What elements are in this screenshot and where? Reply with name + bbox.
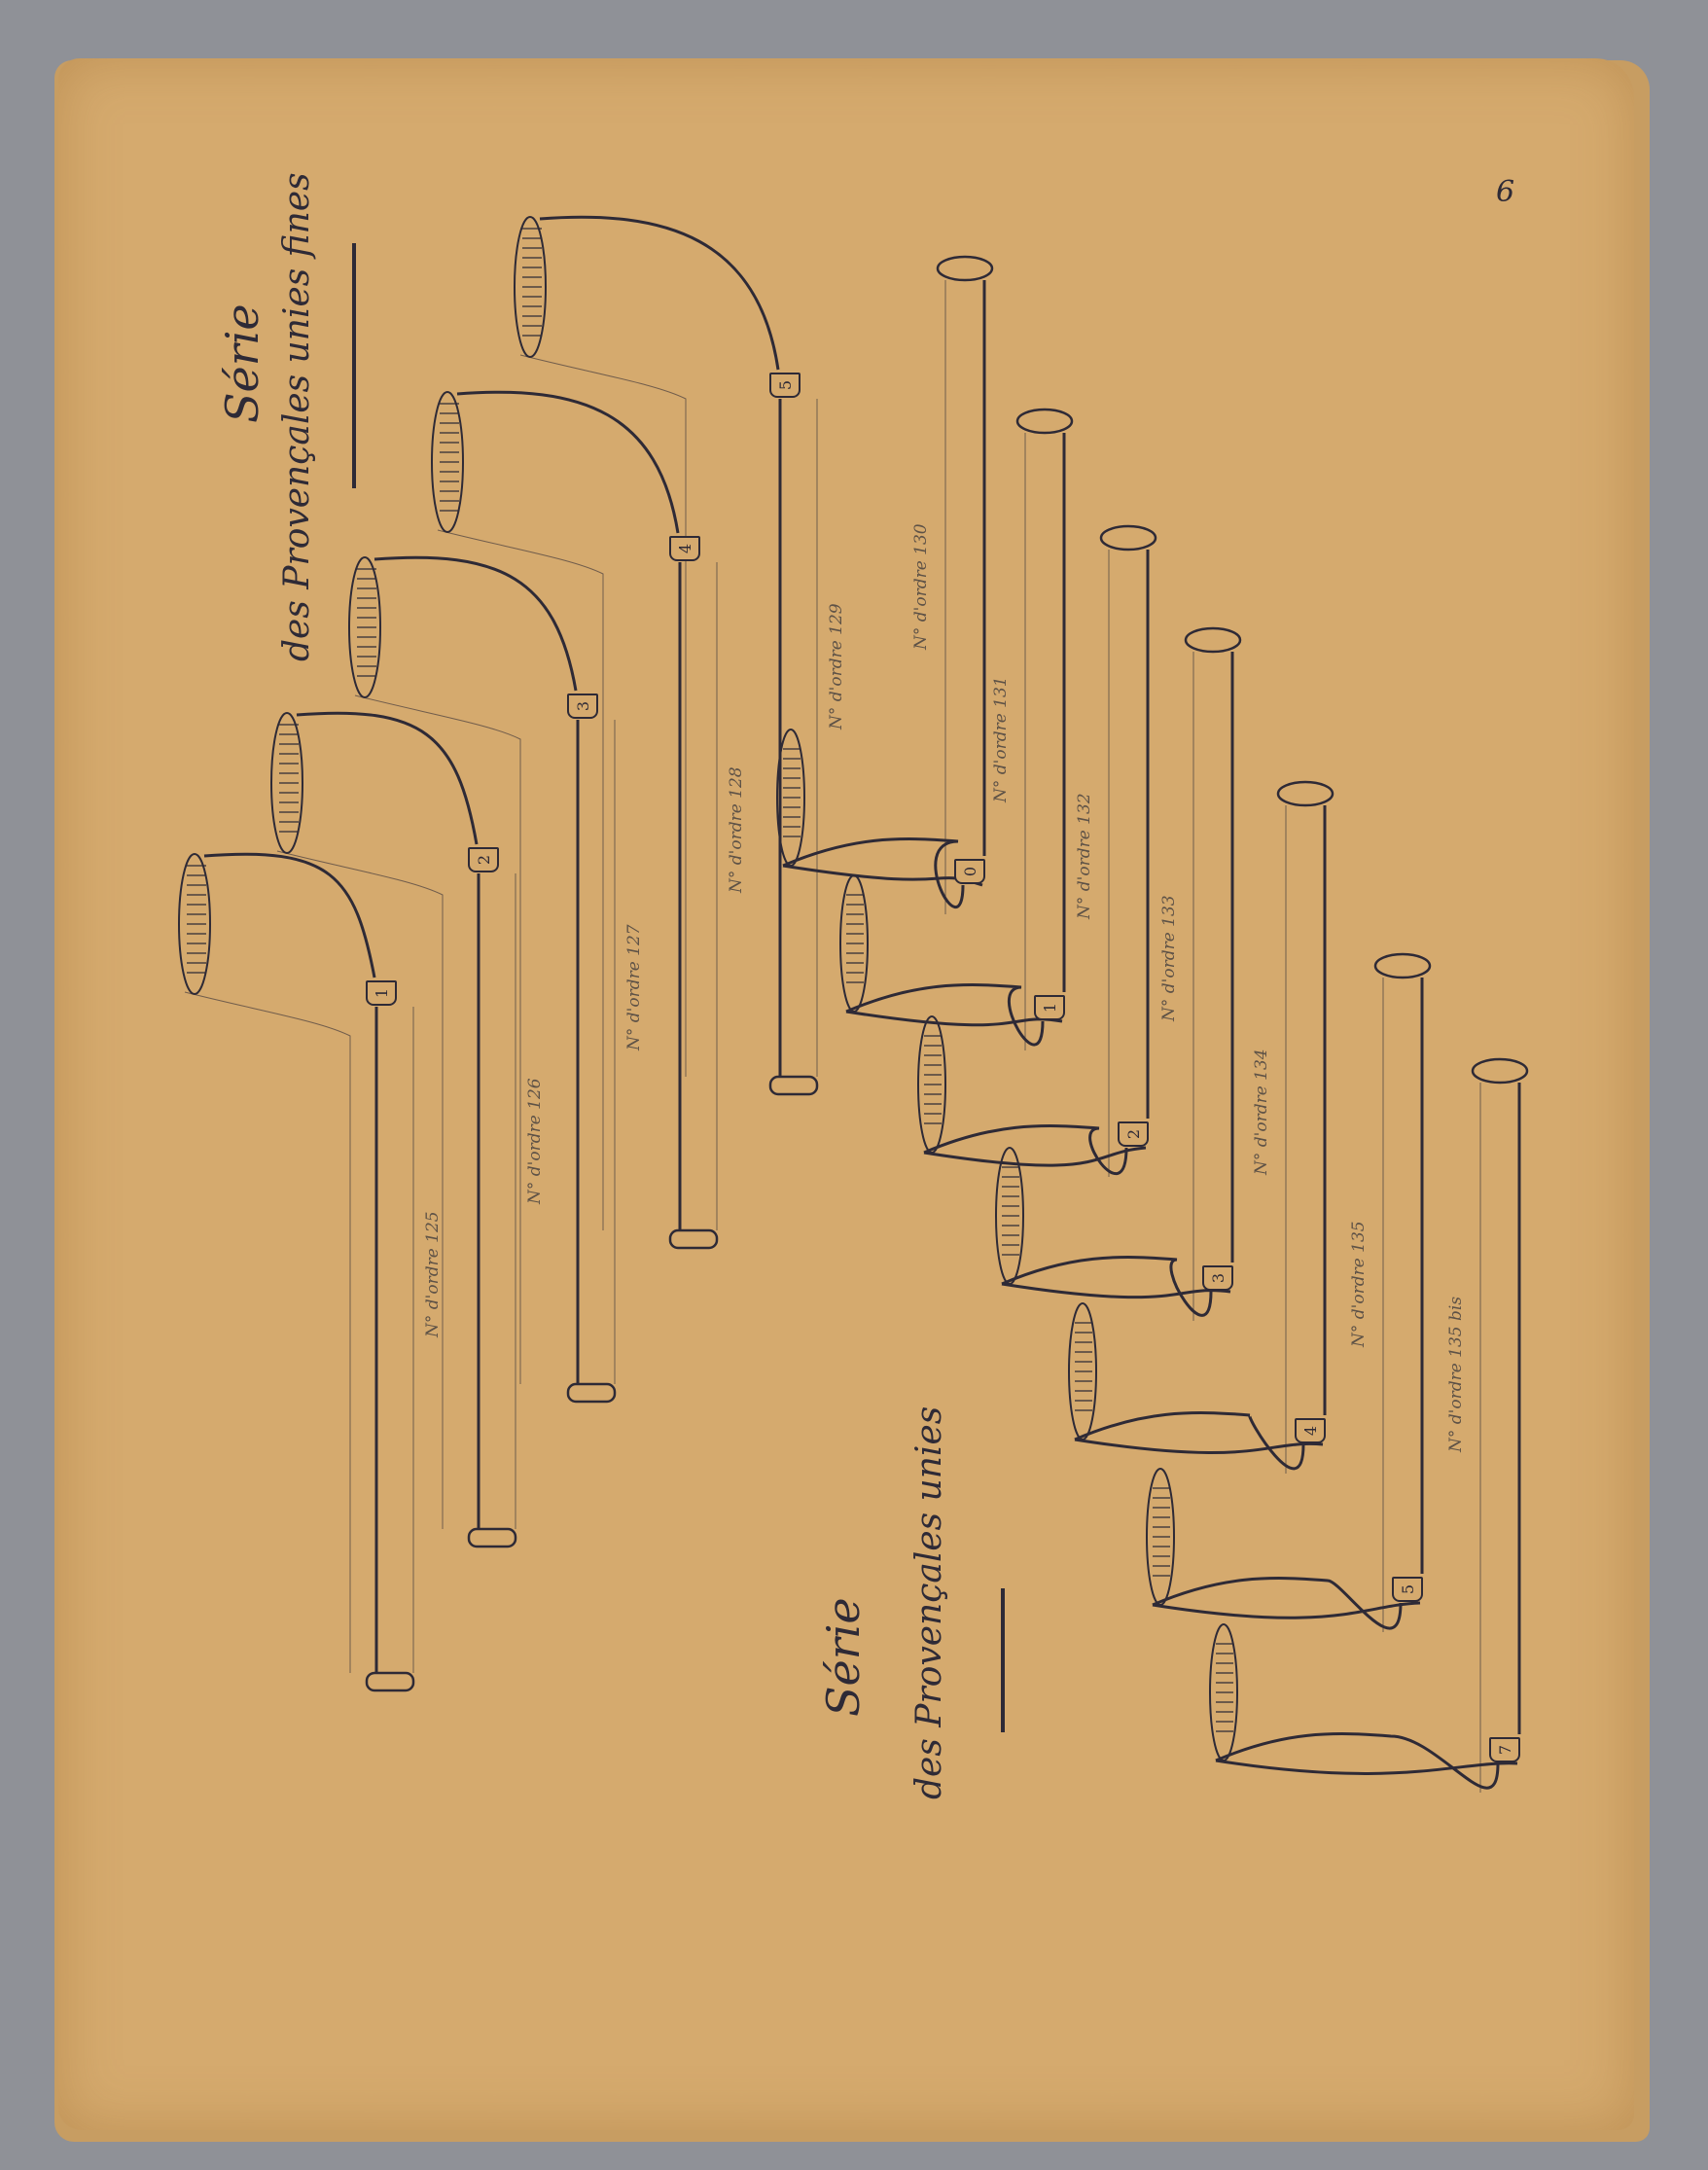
bottom-series-title: Série (817, 1597, 870, 1717)
pipe-bowl-lower-outline (846, 1012, 1062, 1025)
order-number-label: N° d'ordre 134 (1252, 1049, 1271, 1175)
pipe-bowl-outline (783, 839, 963, 907)
order-number-label: N° d'ordre 127 (624, 924, 644, 1050)
page-number: 6 (1496, 175, 1514, 209)
pipe-mouthpiece (1186, 628, 1240, 652)
bottom-series-subtitle: des Provençales unies (909, 1406, 949, 1799)
pipe-bowl-lower-outline (783, 866, 982, 885)
pipe-mouthpiece (1375, 954, 1430, 978)
pipe-bowl-lower-outline (1216, 1761, 1517, 1773)
pipe-bowl-outline (297, 713, 477, 844)
pipe-bowl-outline (540, 217, 778, 370)
order-number-label: N° d'ordre 131 (991, 676, 1011, 802)
pipe-mouthpiece (670, 1230, 717, 1248)
pipe-bowl-outline (204, 854, 374, 978)
pipe-number-tag: 0 (954, 859, 985, 884)
pipe-bowl-outline (374, 557, 576, 691)
pipe-number-tag: 3 (567, 694, 598, 719)
pipe-mouthpiece (770, 1077, 817, 1094)
pipe-mouthpiece (938, 257, 992, 280)
order-number-label: N° d'ordre 128 (727, 766, 746, 893)
pipe-number-tag: 5 (1392, 1577, 1423, 1602)
top-title-underline (352, 243, 356, 488)
order-number-label: N° d'ordre 132 (1075, 793, 1094, 919)
pipe-mouthpiece (568, 1384, 615, 1402)
pipe-underside-outline (277, 851, 443, 1529)
order-number-label: N° d'ordre 129 (827, 603, 846, 729)
pipe-mouthpiece (1017, 409, 1072, 433)
order-number-label: N° d'ordre 130 (911, 523, 931, 650)
pipe-underside-outline (185, 992, 350, 1673)
order-number-label: N° d'ordre 133 (1159, 895, 1179, 1021)
order-number-label: N° d'ordre 125 (423, 1211, 443, 1337)
pipe-bowl-lower-outline (1153, 1603, 1420, 1618)
pipe-bowl-outline (1153, 1579, 1401, 1629)
pipe-number-tag: 2 (468, 847, 499, 872)
pipe-number-tag: 1 (366, 980, 397, 1006)
pipe-bowl-outline (1216, 1734, 1498, 1789)
pipe-bowl-lower-outline (924, 1148, 1146, 1165)
top-series-title: Série (216, 303, 268, 423)
pipe-number-tag: 4 (1295, 1418, 1326, 1443)
order-number-label: N° d'ordre 135 bis (1446, 1297, 1466, 1452)
pipe-mouthpiece (469, 1529, 516, 1547)
top-series-subtitle: des Provençales unies fines (277, 172, 317, 661)
pipe-number-tag: 3 (1202, 1265, 1233, 1291)
pipe-number-tag: 2 (1118, 1121, 1149, 1147)
pipe-bowl-lower-outline (1002, 1284, 1230, 1298)
pipe-number-tag: 1 (1034, 995, 1065, 1020)
pipe-mouthpiece (367, 1673, 413, 1690)
order-number-label: N° d'ordre 126 (525, 1078, 545, 1204)
pipe-number-tag: 5 (769, 373, 801, 398)
pipe-mouthpiece (1473, 1059, 1527, 1083)
pipe-bowl-outline (457, 392, 678, 533)
pipe-mouthpiece (1101, 526, 1156, 550)
pipe-bowl-outline (1002, 1258, 1211, 1316)
pipe-bowl-outline (924, 1126, 1126, 1174)
pipe-number-tag: 4 (669, 536, 700, 561)
bottom-title-underline (1001, 1588, 1005, 1732)
pipe-bowl-outline (1075, 1413, 1303, 1469)
pipe-mouthpiece (1278, 782, 1333, 805)
pipe-number-tag: 7 (1489, 1737, 1520, 1762)
order-number-label: N° d'ordre 135 (1349, 1221, 1369, 1347)
